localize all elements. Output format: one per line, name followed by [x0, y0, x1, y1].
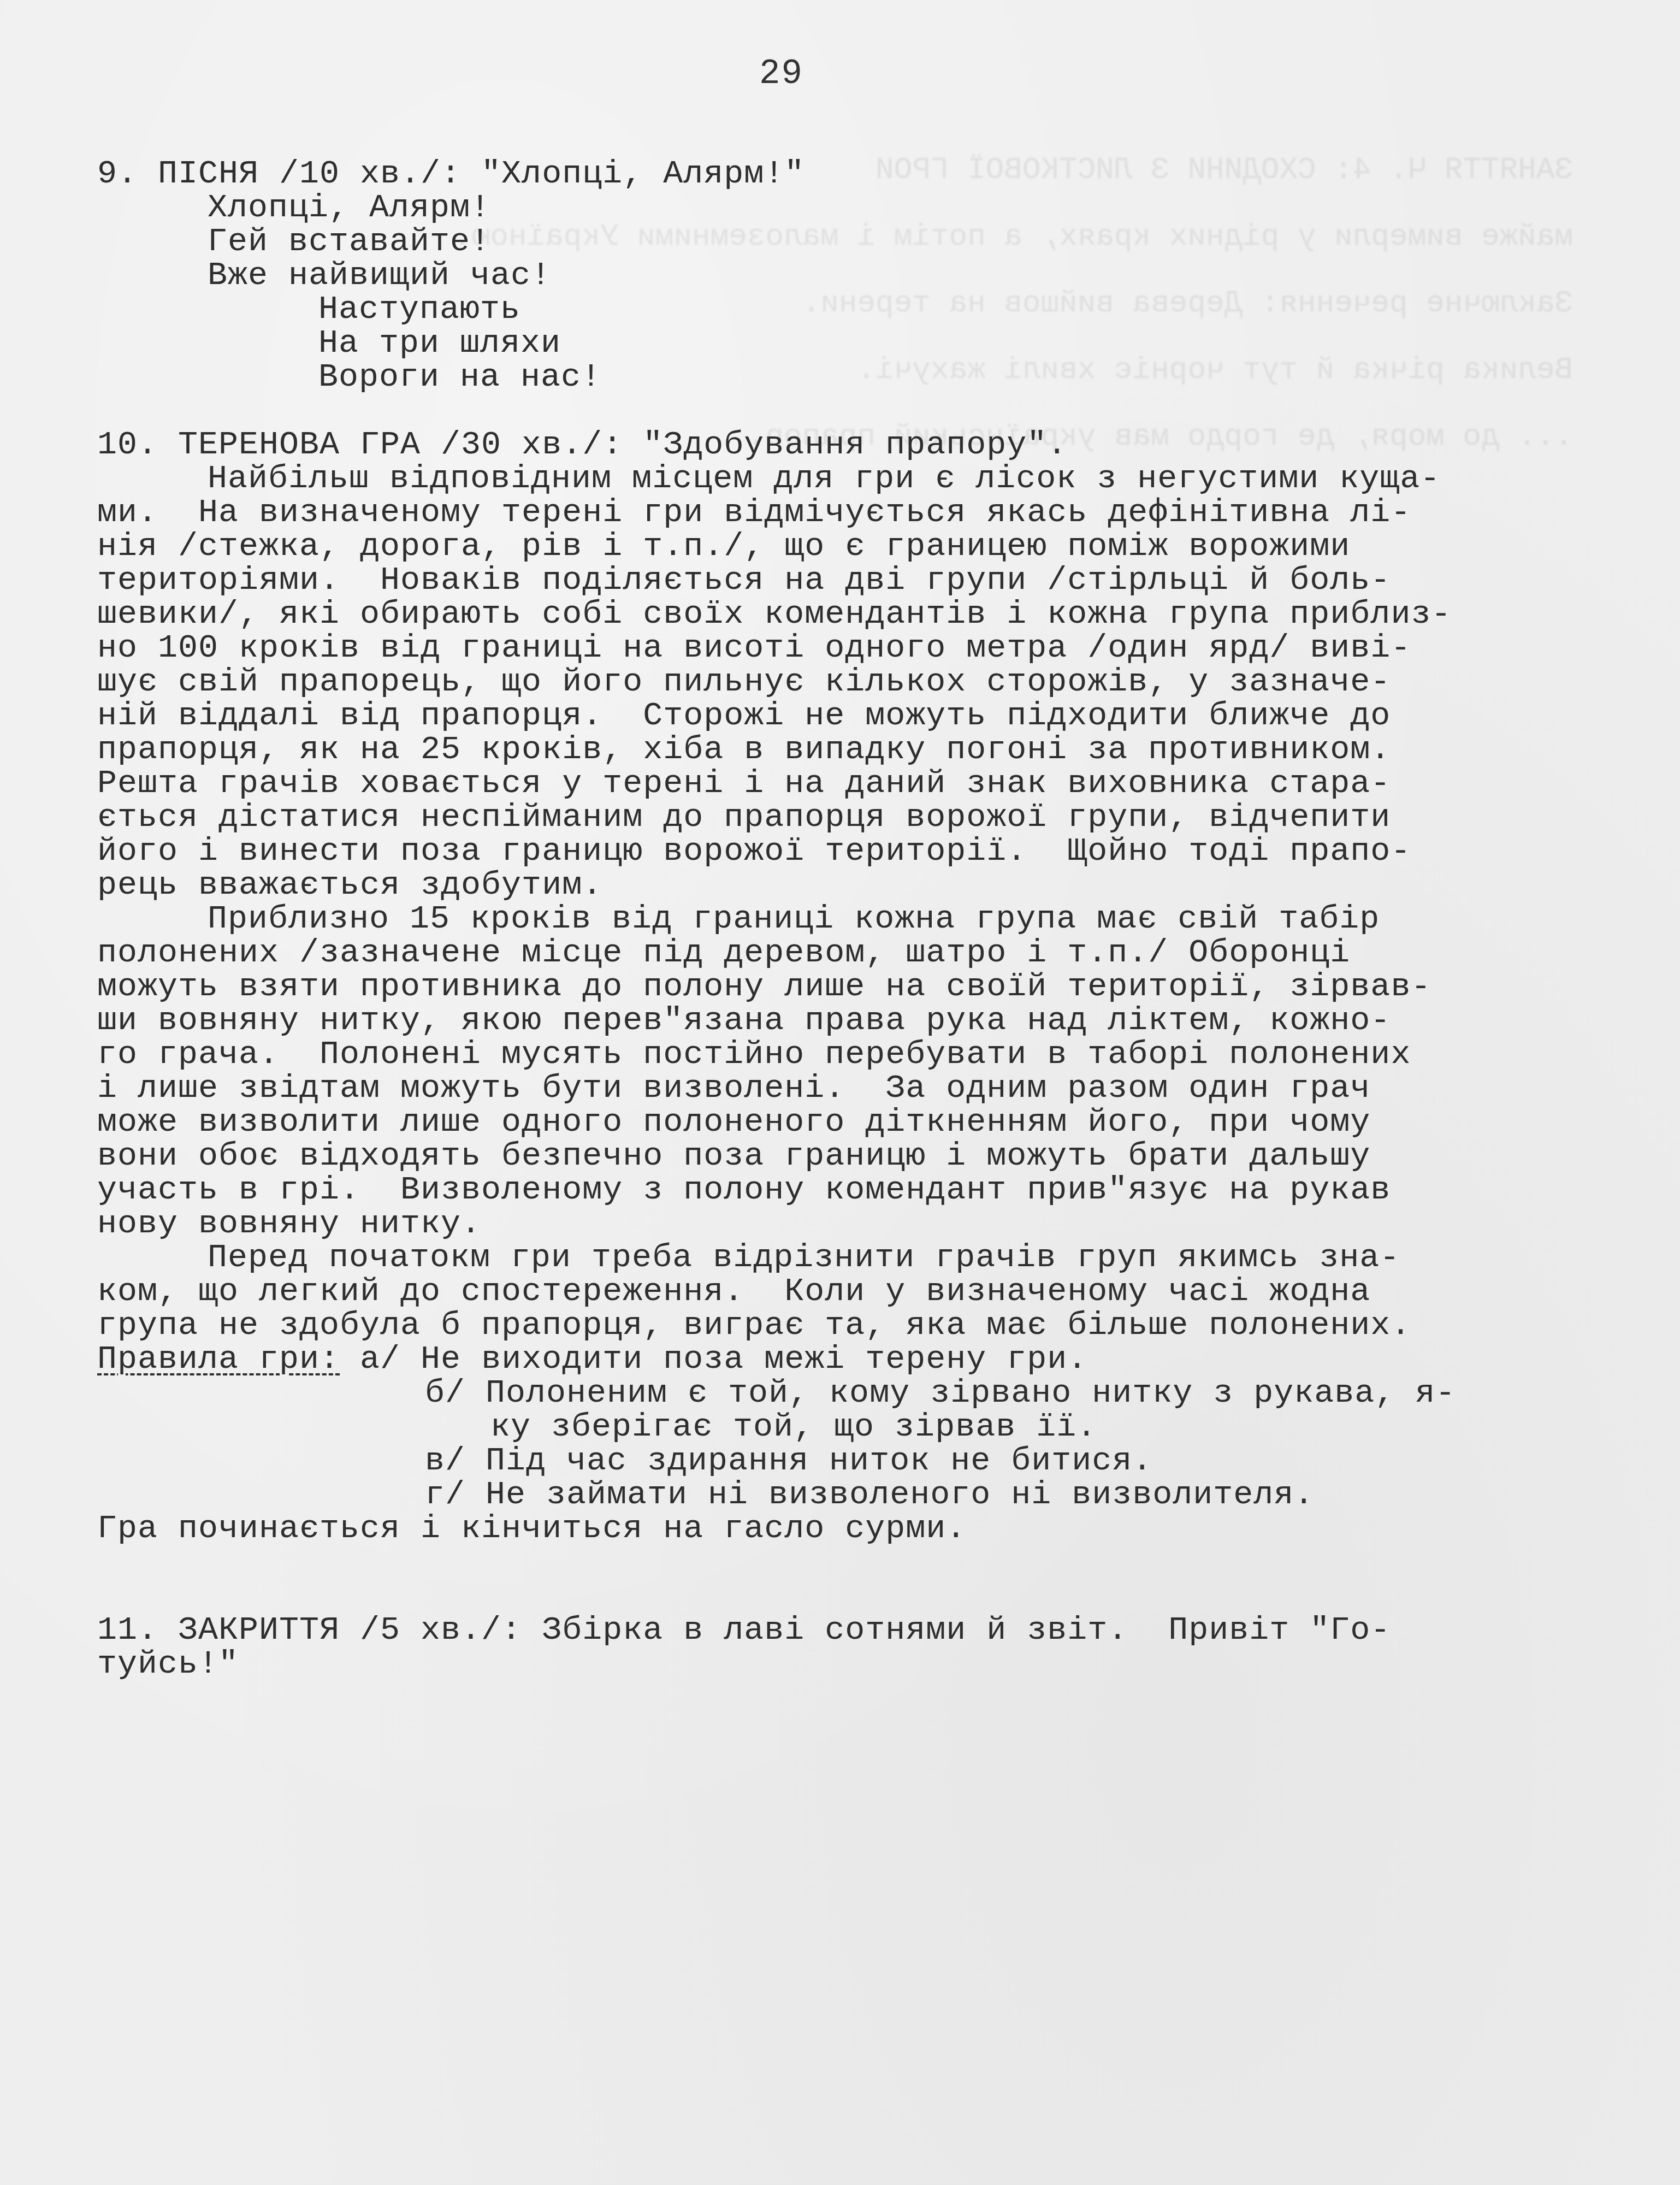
text-line: го грача. Полонені мусять постійно переб…	[97, 1038, 1616, 1072]
lyric-line: Вже найвищий час!	[97, 259, 1616, 293]
rules-label: Правила гри:	[97, 1341, 340, 1378]
text-line: шує свій прапорець, що його пильнує кіль…	[97, 665, 1616, 699]
section-song: 9. ПІСНЯ /10 хв./: "Хлопці, Алярм!" Хлоп…	[97, 157, 1616, 394]
text-line: рець вважається здобутим.	[97, 869, 1616, 902]
game-rules: Правила гри: а/ Не виходити поза межі те…	[97, 1343, 1616, 1512]
text-line: ється дістатися неспійманим до прапорця …	[97, 801, 1616, 835]
text-line: шевики/, які обирають собі своїх коменда…	[97, 598, 1616, 631]
text-line: туйсь!"	[97, 1647, 1616, 1681]
text-line: ній віддалі від прапорця. Сторожі не мож…	[97, 699, 1616, 733]
text-line: територіями. Новаків поділяється на дві …	[97, 564, 1616, 598]
text-line: його і винести поза границю ворожої тери…	[97, 835, 1616, 869]
document-page: ЗАНЯТТЯ Ч. 4: СХОДИНИ З ЛИСТКОВОЇ ГРОИ м…	[0, 0, 1680, 2185]
text-line: ми. На визначеному терені гри відмічуєть…	[97, 496, 1616, 530]
text-line: 11. ЗАКРИТТЯ /5 хв./: Збірка в лаві сотн…	[97, 1614, 1616, 1647]
section-heading: 10. ТЕРЕНОВА ГРА /30 хв./: "Здобування п…	[97, 428, 1616, 462]
text-line: Найбільш відповідним місцем для гри є лі…	[97, 462, 1616, 496]
section-terrain-game: 10. ТЕРЕНОВА ГРА /30 хв./: "Здобування п…	[97, 428, 1616, 1546]
text-line: ши вовняну нитку, якою перев"язана права…	[97, 1004, 1616, 1038]
text-line: но 100 кроків від границі на висоті одно…	[97, 631, 1616, 665]
rule-b-continued: ку зберігає той, що зірвав її.	[97, 1410, 1616, 1444]
text-line: Приблизно 15 кроків від границі кожна гр…	[97, 902, 1616, 936]
text-line: участь в грі. Визволеному з полону комен…	[97, 1173, 1616, 1207]
text-line: Перед початокм гри треба відрізнити грач…	[97, 1241, 1616, 1275]
game-closing-note: Гра починається і кінчиться на гасло сур…	[97, 1512, 1616, 1546]
paragraph-prisoners: Приблизно 15 кроків від границі кожна гр…	[97, 902, 1616, 1241]
paragraph-setup: Найбільш відповідним місцем для гри є лі…	[97, 462, 1616, 902]
text-line: прапорця, як на 25 кроків, хіба в випадк…	[97, 733, 1616, 767]
text-line: полонених /зазначене місце під деревом, …	[97, 936, 1616, 970]
text-line: нову вовняну нитку.	[97, 1207, 1616, 1241]
text-line: група не здобула б прапорця, виграє та, …	[97, 1309, 1616, 1343]
text-line: і лише звідтам можуть бути визволені. За…	[97, 1072, 1616, 1106]
rule-line: Правила гри: а/ Не виходити поза межі те…	[97, 1343, 1616, 1377]
paragraph-marking: Перед початокм гри треба відрізнити грач…	[97, 1241, 1616, 1343]
lyric-line: Наступають	[97, 293, 1616, 327]
page-number: 29	[759, 55, 803, 94]
lyric-line: Вороги на нас!	[97, 361, 1616, 394]
rule-a: а/ Не виходити поза межі терену гри.	[360, 1341, 1087, 1378]
rule-d: г/ Не займати ні визволеного ні визволит…	[97, 1478, 1616, 1512]
rule-c: в/ Під час здирання ниток не битися.	[97, 1444, 1616, 1478]
lyric-line: На три шляхи	[97, 327, 1616, 361]
rule-b: б/ Полоненим є той, кому зірвано нитку з…	[97, 1377, 1616, 1410]
section-closing: 11. ЗАКРИТТЯ /5 хв./: Збірка в лаві сотн…	[97, 1614, 1616, 1681]
lyric-line: Хлопці, Алярм!	[97, 191, 1616, 225]
text-line: вони обоє відходять безпечно поза границ…	[97, 1139, 1616, 1173]
text-line: може визволити лише одного полоненого ді…	[97, 1106, 1616, 1139]
text-line: нія /стежка, дорога, рів і т.п./, що є г…	[97, 530, 1616, 564]
section-heading: 9. ПІСНЯ /10 хв./: "Хлопці, Алярм!"	[97, 157, 1616, 191]
page-body: 9. ПІСНЯ /10 хв./: "Хлопці, Алярм!" Хлоп…	[97, 157, 1616, 1681]
lyric-line: Гей вставайте!	[97, 225, 1616, 259]
text-line: Решта грачів ховається у терені і на дан…	[97, 767, 1616, 801]
text-line: можуть взяти противника до полону лише н…	[97, 970, 1616, 1004]
text-line: ком, що легкий до спостереження. Коли у …	[97, 1275, 1616, 1309]
song-lyrics: Хлопці, Алярм! Гей вставайте! Вже найвищ…	[97, 191, 1616, 394]
